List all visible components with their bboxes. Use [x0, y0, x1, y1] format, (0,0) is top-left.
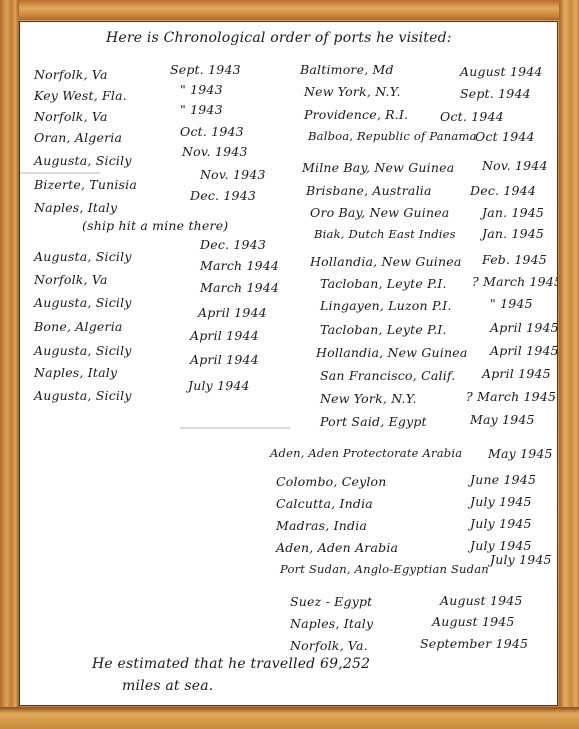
entry-place: Bone, Algeria	[34, 319, 123, 334]
entry-place: Augusta, Sicily	[34, 388, 132, 403]
entry-date: Dec. 1943	[190, 188, 256, 203]
entry-date: Nov. 1943	[182, 144, 248, 159]
entry-place: Oro Bay, New Guinea	[310, 205, 449, 220]
entry-place: Augusta, Sicily	[34, 153, 132, 168]
entry-place: Naples, Italy	[290, 616, 373, 631]
entry-place: Augusta, Sicily	[34, 295, 132, 310]
entry-place: Calcutta, India	[276, 496, 373, 511]
entry-date: Oct 1944	[475, 129, 535, 144]
entry-place: Norfolk, Va	[34, 109, 108, 124]
entry-date: April 1945	[490, 320, 558, 335]
entry-date: April 1945	[482, 366, 551, 381]
entry-place: Madras, India	[276, 518, 367, 533]
frame-top-edge	[0, 0, 579, 20]
entry-date: August 1945	[432, 614, 515, 629]
frame-left-edge	[0, 0, 19, 729]
footer-line-1: He estimated that he travelled 69,252	[92, 656, 370, 672]
handwritten-letter: Here is Chronological order of ports he …	[19, 21, 558, 706]
entry-place: Key West, Fla.	[34, 88, 127, 103]
paper-smudge	[180, 427, 290, 429]
entry-place: New York, N.Y.	[304, 84, 401, 99]
document-title: Here is Chronological order of ports he …	[106, 30, 452, 46]
entry-date: July 1945	[470, 494, 532, 509]
entry-date: June 1945	[470, 472, 536, 487]
entry-place: Norfolk, Va.	[290, 638, 368, 653]
footer-line-2: miles at sea.	[122, 678, 213, 694]
entry-place: Bizerte, Tunisia	[34, 177, 137, 192]
entry-date: ? March 1945	[466, 389, 556, 404]
entry-place: Baltimore, Md	[300, 62, 394, 77]
entry-date: April 1944	[198, 305, 267, 320]
entry-place: Port Said, Egypt	[320, 414, 427, 429]
entry-date: Nov. 1944	[482, 158, 548, 173]
entry-date: May 1945	[488, 446, 553, 461]
entry-note: (ship hit a mine there)	[82, 218, 228, 233]
entry-date: Oct. 1943	[180, 124, 244, 139]
entry-place: Biak, Dutch East Indies	[314, 227, 456, 241]
entry-date: Dec. 1943	[200, 237, 266, 252]
entry-date: August 1944	[460, 64, 543, 79]
entry-place: Providence, R.I.	[304, 107, 408, 122]
entry-place: Aden, Aden Arabia	[276, 540, 398, 555]
entry-place: Tacloban, Leyte P.I.	[320, 276, 447, 291]
entry-place: Naples, Italy	[34, 200, 117, 215]
entry-date: April 1945	[490, 343, 558, 358]
entry-date: Sept. 1943	[170, 62, 241, 77]
entry-date: July 1944	[188, 378, 250, 393]
entry-place: New York, N.Y.	[320, 391, 417, 406]
entry-date: July 1945	[470, 538, 532, 553]
entry-place: Port Sudan, Anglo-Egyptian Sudan	[280, 562, 489, 576]
entry-place: Brisbane, Australia	[306, 183, 432, 198]
entry-date: April 1944	[190, 352, 259, 367]
entry-place: Suez - Egypt	[290, 594, 372, 609]
entry-place: Milne Bay, New Guinea	[302, 160, 454, 175]
entry-date: August 1945	[440, 593, 523, 608]
paper-smudge	[20, 172, 100, 174]
entry-place: Naples, Italy	[34, 365, 117, 380]
entry-date: Sept. 1944	[460, 86, 531, 101]
entry-date: Feb. 1945	[482, 252, 547, 267]
entry-date: May 1945	[470, 412, 535, 427]
entry-place: Norfolk, Va	[34, 272, 108, 287]
entry-date: Jan. 1945	[482, 226, 544, 241]
entry-date: March 1944	[200, 258, 279, 273]
entry-place: Hollandia, New Guinea	[310, 254, 461, 269]
entry-place: San Francisco, Calif.	[320, 368, 455, 383]
entry-date: " 1945	[490, 296, 533, 311]
entry-date: September 1945	[420, 636, 528, 651]
frame-bottom-edge	[0, 707, 579, 729]
entry-date: April 1944	[190, 328, 259, 343]
entry-date: Dec. 1944	[470, 183, 536, 198]
frame-right-edge	[559, 0, 579, 729]
entry-place: Tacloban, Leyte P.I.	[320, 322, 447, 337]
entry-date: Nov. 1943	[200, 167, 266, 182]
entry-date: " 1943	[180, 82, 223, 97]
entry-place: Lingayen, Luzon P.I.	[320, 298, 452, 313]
entry-place: Hollandia, New Guinea	[316, 345, 467, 360]
picture-frame: Here is Chronological order of ports he …	[0, 0, 579, 729]
entry-date: " 1943	[180, 102, 223, 117]
entry-place: Colombo, Ceylon	[276, 474, 387, 489]
entry-date: ? March 1945	[472, 274, 558, 289]
entry-place: Oran, Algeria	[34, 130, 122, 145]
entry-date: Oct. 1944	[440, 109, 504, 124]
entry-place: Norfolk, Va	[34, 67, 108, 82]
entry-date: Jan. 1945	[482, 205, 544, 220]
entry-date: July 1945	[490, 552, 552, 567]
entry-place: Augusta, Sicily	[34, 343, 132, 358]
entry-place: Augusta, Sicily	[34, 249, 132, 264]
entry-date: July 1945	[470, 516, 532, 531]
entry-date: March 1944	[200, 280, 279, 295]
entry-place: Aden, Aden Protectorate Arabia	[270, 446, 462, 460]
entry-place: Balboa, Republic of Panama	[308, 129, 477, 143]
